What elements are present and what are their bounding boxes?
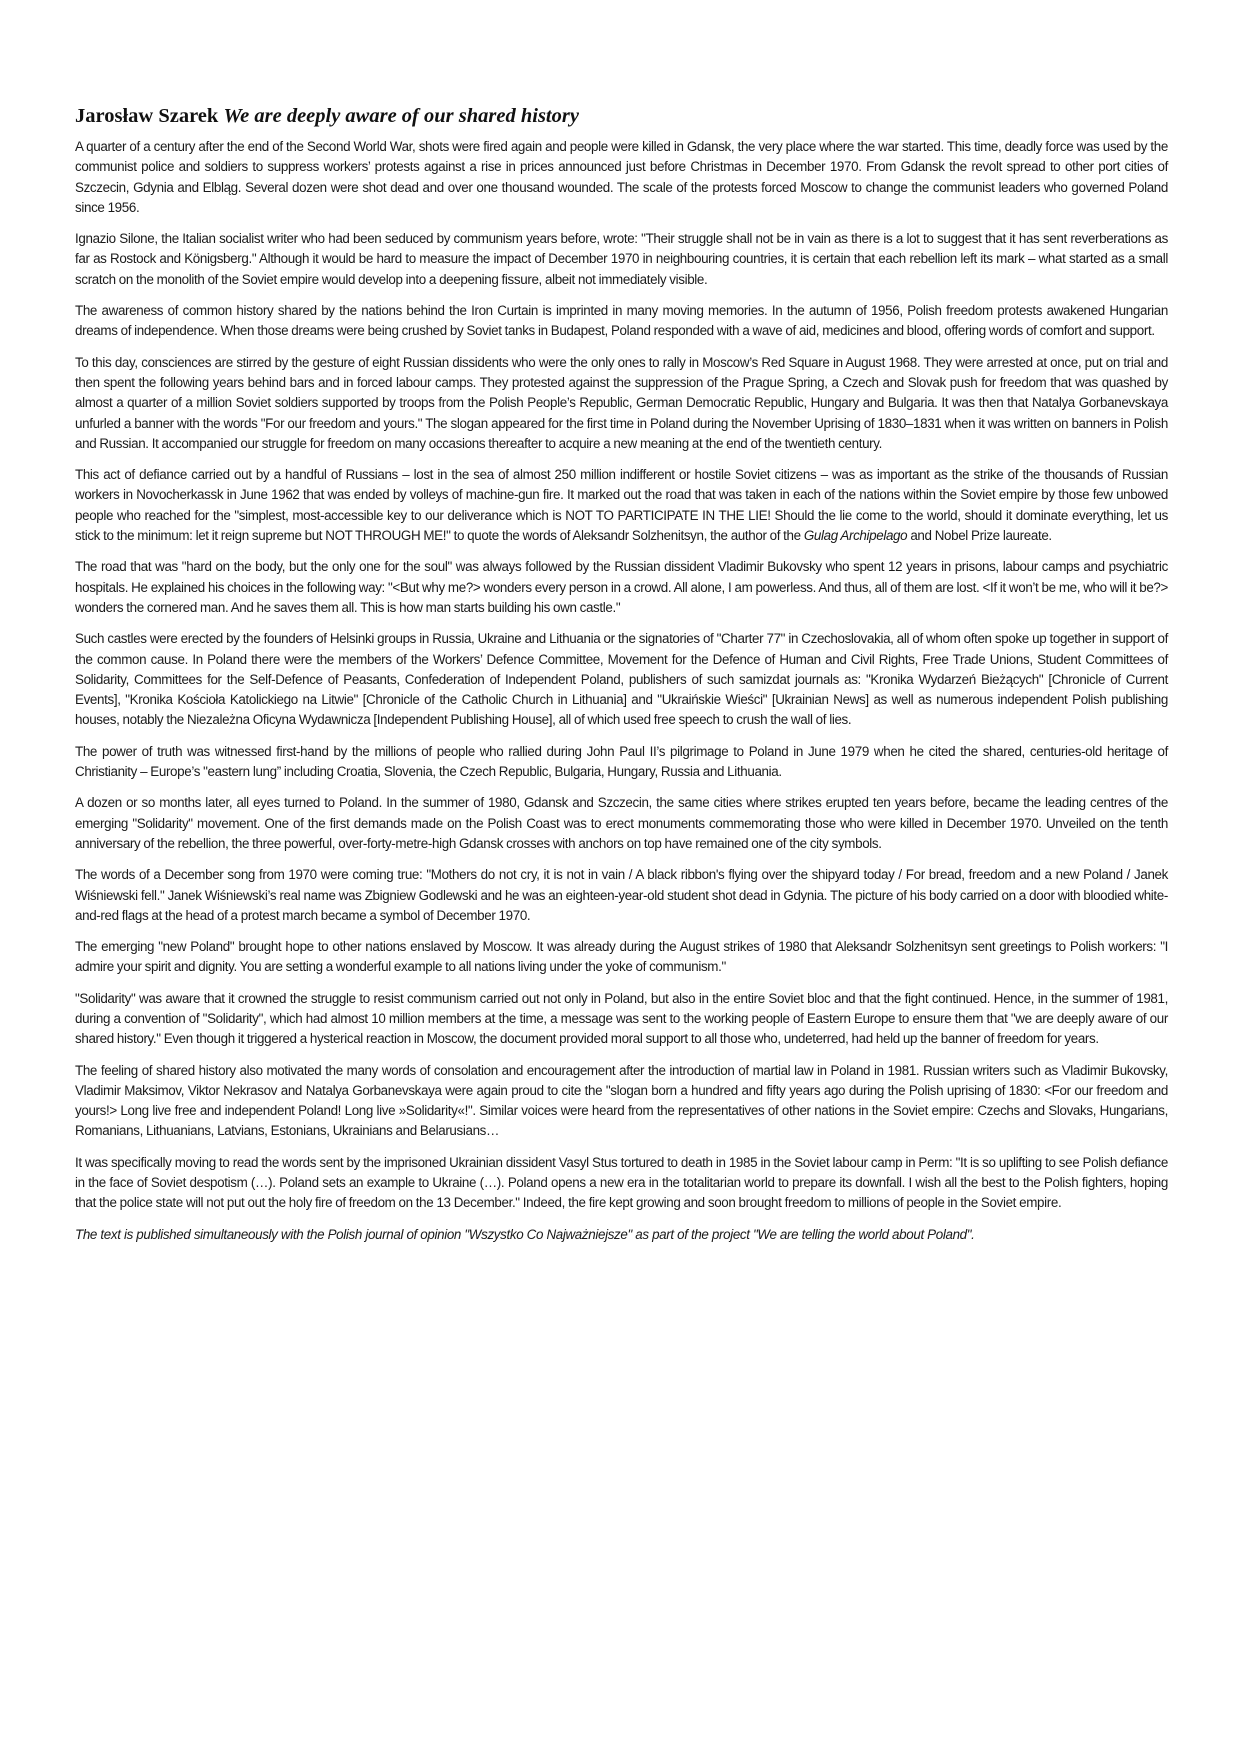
paragraph-3: The awareness of common history shared b… [75,301,1168,342]
paragraph-12: "Solidarity" was aware that it crowned t… [75,989,1168,1050]
article-heading: Jarosław Szarek We are deeply aware of o… [75,104,1168,128]
paragraph-2: Ignazio Silone, the Italian socialist wr… [75,229,1168,290]
document-page: Jarosław Szarek We are deeply aware of o… [75,104,1168,1245]
paragraph-5: This act of defiance carried out by a ha… [75,465,1168,546]
paragraph-9: A dozen or so months later, all eyes tur… [75,793,1168,854]
article-title: We are deeply aware of our shared histor… [223,105,579,127]
book-title-gulag-archipelago: Gulag Archipelago [804,528,907,543]
paragraph-4: To this day, consciences are stirred by … [75,353,1168,454]
paragraph-5-text-end: and Nobel Prize laureate. [907,528,1052,543]
paragraph-10: The words of a December song from 1970 w… [75,865,1168,926]
paragraph-1: A quarter of a century after the end of … [75,137,1168,218]
paragraph-13: The feeling of shared history also motiv… [75,1061,1168,1142]
paragraph-14: It was specifically moving to read the w… [75,1153,1168,1214]
article-author: Jarosław Szarek [75,105,218,127]
paragraph-8: The power of truth was witnessed first-h… [75,742,1168,783]
publication-note: The text is published simultaneously wit… [75,1225,1168,1245]
paragraph-11: The emerging "new Poland" brought hope t… [75,937,1168,978]
paragraph-6: The road that was "hard on the body, but… [75,557,1168,618]
paragraph-7: Such castles were erected by the founder… [75,629,1168,730]
